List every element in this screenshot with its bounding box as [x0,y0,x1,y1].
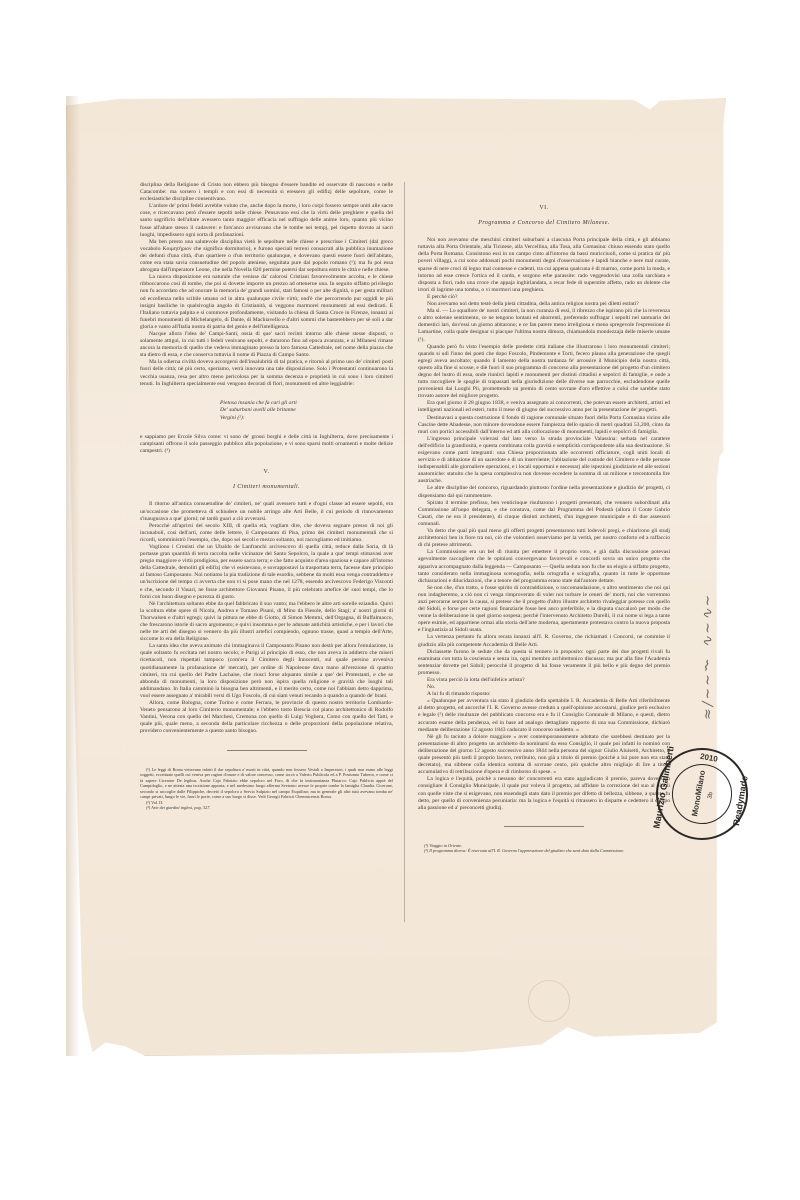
paragraph: Noi non avevamo che meschini cimiteri su… [418,237,670,294]
paragraph: disciplina della Religione di Cristo non… [140,182,393,203]
handwritten-signature: ≈∕∼∼⌇ ∿∼∿∼ [700,520,720,720]
paragraph: Le altre discipline del concorso, riguar… [418,485,670,499]
paragraph: La nuova disposizione era naturale che v… [140,274,393,331]
paper-edge-shadow [66,96,80,1056]
paragraph: E perchè ciò? [418,294,670,301]
right-column: VI. Programma e Concorso del Cimitero Mi… [418,205,670,854]
footnote: (³) Arte dei giardini inglesi, pag. 327. [140,805,393,811]
section-number: VI. [418,205,670,212]
paragraph: Era quel giorno il 28 giugno 1838, e ven… [418,400,670,414]
paragraph: Destinavasi a questa costruzione il fond… [418,415,670,436]
paragraph: Nè gli fu taciuto a dolore maggiore « av… [418,734,670,777]
footnote: (²) Il programma diceva: È riservata all… [418,848,670,854]
paragraph: Era vinta perciò la lotta dell'infelice … [418,677,670,684]
paragraph: Se non che, d'un tratto, o fosse spirito… [418,585,670,635]
paragraph: La santa idea che aveva animato chi imma… [140,643,393,700]
paragraph: Spirato il termine prefisso, ben ventici… [418,500,670,528]
paragraph: L'ardore de' primi fedeli avrebbe voluto… [140,203,393,238]
paragraph: « Qualunque per avventura sia stato il g… [418,698,670,733]
blind-embossed-stamp [528,980,570,1022]
paragraph: La vertenza pertanto fu allora recata in… [418,634,670,648]
paragraph: Vogliono i Cronisti che un Ubaldo de Lan… [140,544,393,601]
verse-line: Vergini (²): [220,415,393,422]
verse-line: De' suburbani avelli alle britanne [220,407,393,414]
verse-line: Pietosa insania che fa cari gli orti [220,400,393,407]
left-column: disciplina della Religione di Cristo non… [140,182,393,811]
footnote-divider [227,750,307,751]
section-number: V. [140,469,393,476]
paragraph: Nè l'architettura soltanto ebbe da quel … [140,601,393,644]
column-divider [404,182,405,922]
paragraph: Ma sì. — Lo squallore de' nostri cimiter… [418,308,670,343]
paragraph: Non avevamo noi detto testè della pietà … [418,301,670,308]
paragraph: Allora, come Bologna, come Torino e come… [140,700,393,735]
section-title: Programma e Concorso del Cimitero Milane… [418,220,670,227]
paragraph: La logica e l'equità, poichè a nessuno d… [418,776,670,811]
footnote-divider [504,826,584,827]
paragraph: Quando però fu visto l'esempio delle pre… [418,344,670,401]
section-title: I Cimiteri monumentali. [140,484,393,491]
stamp-ring-bottom: Readymade [728,757,753,845]
paragraph: Nacque allora l'idea de' Campi-Santi, os… [140,331,393,359]
verse-quote: Pietosa insania che fa cari gli orti De'… [220,400,393,422]
paragraph: L'ingresso principale volevasi dal lato … [418,436,670,486]
paragraph: e sappiamo per Ercole Silva come: vi son… [140,434,393,455]
paragraph: Va detto che qual più qual meno gli offe… [418,528,670,549]
paragraph: Ma ben presto una salutevole disciplina … [140,239,393,274]
paragraph: Diciassette furono le sedute che da ques… [418,649,670,677]
paragraph: Il ritorno all'antica consuetudine de' c… [140,501,393,522]
footnote: (¹) Le leggi di Roma vietavano infatti i… [140,767,393,800]
paragraph: Perocchè all'aprirsi del secolo XIII, di… [140,523,393,544]
paragraph: La Commissione era un bel dì riunita per… [418,549,670,584]
paragraph: Ma la odierna civiltà doveva accorgersi … [140,359,393,387]
